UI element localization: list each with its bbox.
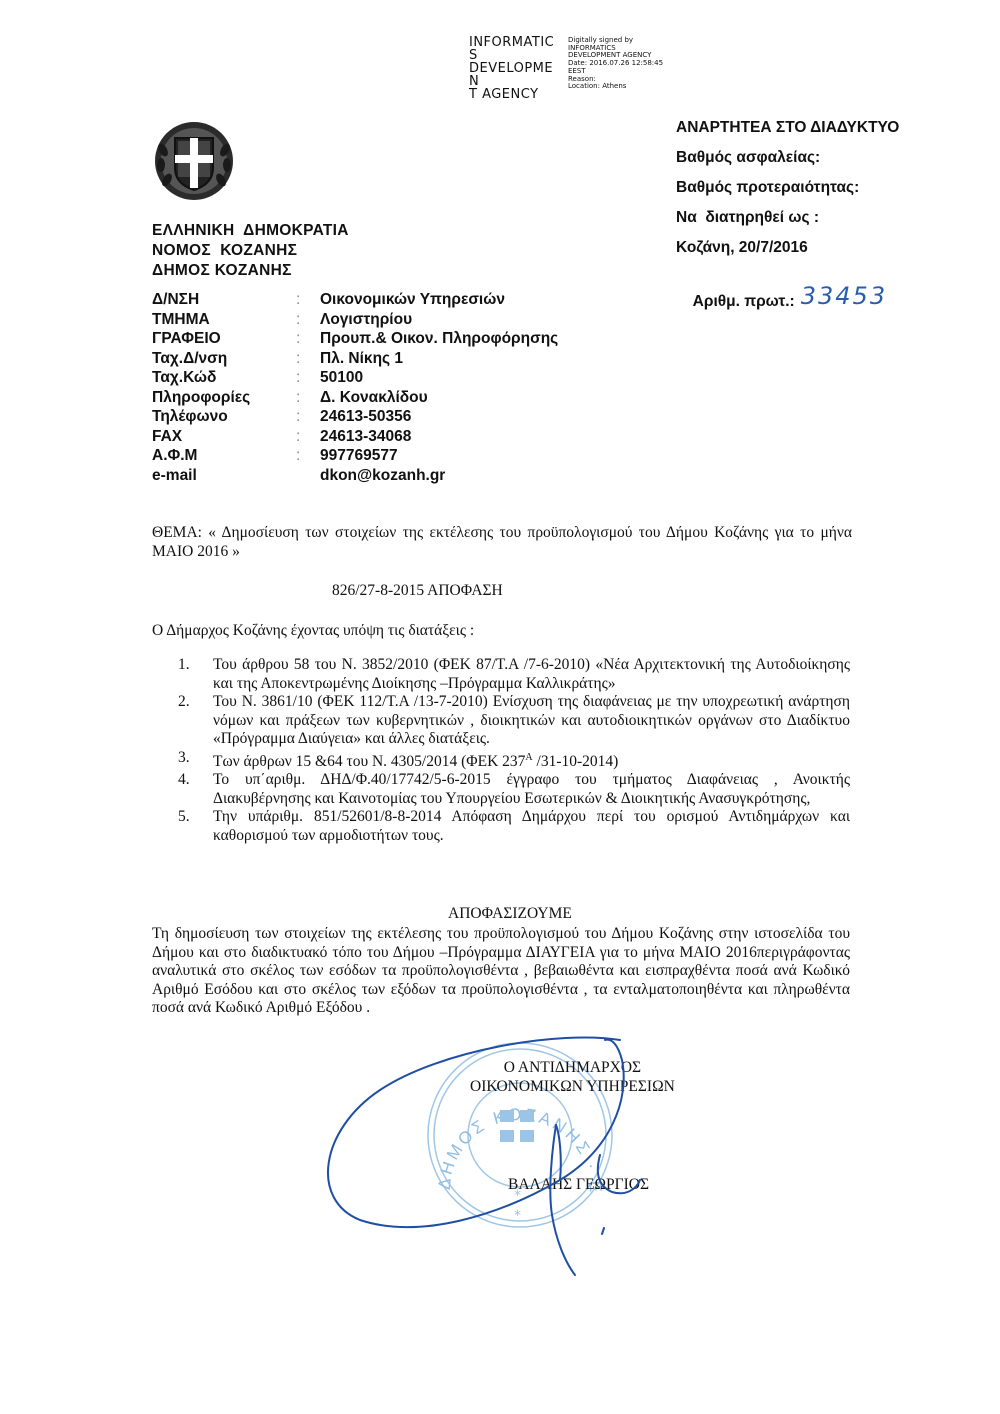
provisions-list: 1. Του άρθρου 58 του Ν. 3852/2010 (ΦΕΚ 8…: [178, 656, 850, 845]
document-metadata: ΑΝΑΡΤΗΤΕΑ ΣΤΟ ΔΙΑΔΥΚΤΥΟ Βαθμός ασφαλείας…: [676, 118, 899, 298]
info-key: FAX: [152, 427, 182, 447]
provision-text: Του Ν. 3861/10 (ΦΕΚ 112/Τ.Α /13-7-2010) …: [213, 693, 850, 749]
country-name: ΕΛΛΗΝΙΚΗ ΔΗΜΟΚΡΑΤΙΑ: [152, 221, 349, 241]
issuer-header: ΕΛΛΗΝΙΚΗ ΔΗΜΟΚΡΑΤΙΑ ΝΟΜΟΣ ΚΟΖΑΝΗΣ ΔΗΜΟΣ …: [152, 221, 349, 281]
info-key: Δ/ΝΣΗ: [152, 290, 199, 310]
info-value: Προυπ.& Οικον. Πληροφόρησης: [320, 329, 558, 349]
info-separator: :: [296, 290, 300, 310]
info-value: Πλ. Νίκης 1: [320, 349, 403, 369]
digital-signature-details: Digitally signed by INFORMATICS DEVELOPM…: [568, 37, 663, 91]
provision-number: 3.: [178, 749, 190, 768]
info-value: 24613-50356: [320, 407, 411, 427]
greek-coat-of-arms-icon: [153, 120, 235, 202]
provision-text-part: Των άρθρων 15 &64 του Ν. 4305/2014 (ΦΕΚ …: [213, 753, 525, 770]
info-key: ΓΡΑΦΕΙΟ: [152, 329, 221, 349]
info-value: 997769577: [320, 446, 398, 466]
subject: ΘΕΜΑ: « Δημοσίευση των στοιχείων της εκτ…: [152, 524, 852, 561]
info-value: Οικονομικών Υπηρεσιών: [320, 290, 505, 310]
sig-detail-line: Location: Athens: [568, 83, 663, 91]
info-key: Α.Φ.Μ: [152, 446, 197, 466]
signer-line: DEVELOPMEN: [469, 62, 561, 88]
municipality-name: ΔΗΜΟΣ ΚΟΖΑΝΗΣ: [152, 261, 349, 281]
provision-text: Το υπ΄αριθμ. ΔΗΔ/Φ.40/17742/5-6-2015 έγγ…: [213, 771, 850, 808]
priority-level: Βαθμός προτεραιότητας:: [676, 178, 899, 208]
publish-notice: ΑΝΑΡΤΗΤΕΑ ΣΤΟ ΔΙΑΔΥΚΤΥΟ: [676, 118, 899, 148]
info-value: 50100: [320, 368, 363, 388]
info-key: ΤΜΗΜΑ: [152, 310, 210, 330]
provision-number: 5.: [178, 808, 190, 827]
provision-item: 1. Του άρθρου 58 του Ν. 3852/2010 (ΦΕΚ 8…: [178, 656, 850, 693]
provision-text: Την υπάριθμ. 851/52601/8-8-2014 Απόφαση …: [213, 808, 850, 845]
provision-item: 3. Των άρθρων 15 &64 του Ν. 4305/2014 (Φ…: [178, 749, 850, 772]
signatory-title: Ο ΑΝΤΙΔΗΜΑΡΧΟΣ ΟΙΚΟΝΟΜΙΚΩΝ ΥΠΗΡΕΣΙΩΝ: [470, 1058, 675, 1096]
info-separator: :: [296, 407, 300, 427]
signer-line: INFORMATICS: [469, 36, 561, 62]
decision-text: Τη δημοσίευση των στοιχείων της εκτέλεση…: [152, 925, 850, 1018]
info-value: Λογιστηρίου: [320, 310, 412, 330]
svg-text:*: *: [514, 1208, 521, 1224]
info-separator: :: [296, 446, 300, 466]
signatory-name: ΒΑΛΑΗΣ ΓΕΩΡΓΙΟΣ: [508, 1176, 649, 1195]
provision-item: 4. Το υπ΄αριθμ. ΔΗΔ/Φ.40/17742/5-6-2015 …: [178, 771, 850, 808]
info-separator: :: [296, 349, 300, 369]
info-separator: :: [296, 368, 300, 388]
place-date: Κοζάνη, 20/7/2016: [676, 238, 899, 268]
info-separator: :: [296, 310, 300, 330]
info-key: Τηλέφωνο: [152, 407, 228, 427]
decision-heading: ΑΠΟΦΑΣΙΖΟΥΜΕ: [448, 905, 572, 924]
info-separator: :: [296, 388, 300, 408]
protocol-number-handwritten: 33453: [801, 282, 887, 310]
provision-number: 1.: [178, 656, 190, 675]
info-key: Πληροφορίες: [152, 388, 250, 408]
provision-number: 4.: [178, 771, 190, 790]
info-value: 24613-34068: [320, 427, 411, 447]
signatory-title-line: Ο ΑΝΤΙΔΗΜΑΡΧΟΣ: [470, 1058, 675, 1077]
signer-line: T AGENCY: [469, 88, 561, 101]
provision-text: Του άρθρου 58 του Ν. 3852/2010 (ΦΕΚ 87/Τ…: [213, 656, 850, 693]
decision-reference: 826/27-8-2015 ΑΠΟΦΑΣΗ: [332, 582, 503, 601]
info-separator: :: [296, 329, 300, 349]
superscript: Α: [525, 752, 532, 763]
provision-text-part: /31-10-2014): [533, 753, 619, 770]
info-key: Ταχ.Κώδ: [152, 368, 216, 388]
info-key: e-mail: [152, 466, 197, 486]
security-level: Βαθμός ασφαλείας:: [676, 148, 899, 178]
signatory-title-line: ΟΙΚΟΝΟΜΙΚΩΝ ΥΠΗΡΕΣΙΩΝ: [470, 1077, 675, 1096]
protocol-label: Αριθμ. πρωτ.:: [693, 293, 795, 310]
digital-signature-signer: INFORMATICS DEVELOPMEN T AGENCY: [469, 36, 561, 101]
email-link[interactable]: dkon@kozanh.gr: [320, 466, 445, 486]
digital-signature-block: INFORMATICS DEVELOPMEN T AGENCY: [469, 36, 561, 101]
retention: Να διατηρηθεί ως :: [676, 208, 899, 238]
intro-text: Ο Δήμαρχος Κοζάνης έχοντας υπόψη τις δια…: [152, 622, 474, 641]
info-separator: :: [296, 427, 300, 447]
provision-number: 2.: [178, 693, 190, 712]
info-value: Δ. Κονακλίδου: [320, 388, 428, 408]
info-key: Ταχ.Δ/νση: [152, 349, 227, 369]
provision-text: Των άρθρων 15 &64 του Ν. 4305/2014 (ΦΕΚ …: [213, 749, 850, 772]
protocol-row: Αριθμ. πρωτ.:33453: [676, 268, 899, 298]
provision-item: 2. Του Ν. 3861/10 (ΦΕΚ 112/Τ.Α /13-7-201…: [178, 693, 850, 749]
prefecture-name: ΝΟΜΟΣ ΚΟΖΑΝΗΣ: [152, 241, 349, 261]
provision-item: 5. Την υπάριθμ. 851/52601/8-8-2014 Απόφα…: [178, 808, 850, 845]
